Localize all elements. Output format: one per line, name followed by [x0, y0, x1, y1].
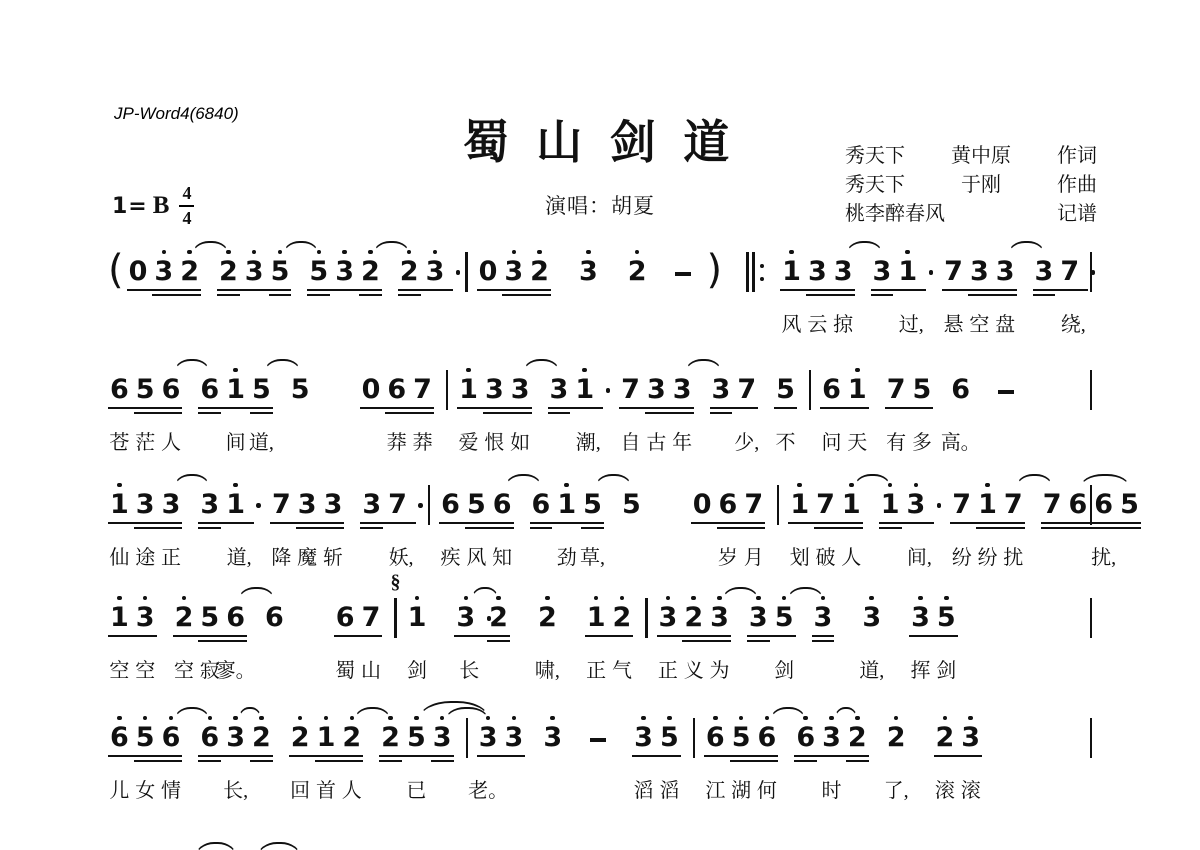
- beam-line: [812, 640, 835, 642]
- barline: [446, 370, 448, 410]
- lyric-syllable: 年: [672, 426, 692, 455]
- note-digit: 7: [952, 489, 971, 520]
- beam-line: [747, 640, 770, 642]
- lyric-syllable: 时: [822, 774, 842, 803]
- note-digit: 2: [291, 722, 310, 753]
- note-token: 3间,: [905, 479, 935, 579]
- octave-dot-empty: [744, 479, 763, 489]
- note-token: 2义: [682, 592, 705, 692]
- note-token: 3长,: [224, 712, 247, 812]
- note-token: 3: [424, 246, 454, 346]
- barline: [465, 252, 467, 292]
- note-token: 3挥: [909, 592, 932, 692]
- note-token: 3魔: [296, 479, 319, 579]
- note-token: 6: [530, 479, 553, 579]
- note-digit: 6: [110, 722, 129, 753]
- note-digit: 6: [1094, 489, 1113, 520]
- octave-dot-empty: [272, 479, 291, 489]
- note-digit: 1: [575, 374, 594, 405]
- note-token: 2: [846, 712, 869, 812]
- lyric-syllable: 滚: [961, 774, 981, 803]
- beam-line: [224, 522, 254, 524]
- note-token: 1爱: [457, 364, 480, 464]
- beam-line: [198, 412, 221, 414]
- note-digit: 6: [706, 722, 725, 753]
- beam-line: [250, 755, 273, 757]
- octave-dot: [660, 712, 679, 722]
- octave-dot: [628, 246, 647, 256]
- note-token: 7莽: [411, 364, 434, 464]
- octave-dot-empty: [362, 592, 381, 602]
- note-digit: 5: [660, 722, 679, 753]
- note-token: 7月: [742, 479, 765, 579]
- note-digit: 2: [887, 722, 906, 753]
- lyric-syllable: 恨: [484, 426, 504, 455]
- lyric-syllable: 风: [782, 308, 802, 337]
- note-digit: 6: [162, 374, 181, 405]
- note-token: 3掠: [832, 246, 855, 346]
- lyric-syllable: 扰,: [1091, 541, 1116, 570]
- note-token: 6岁: [717, 479, 740, 579]
- note-digit: 1: [459, 374, 478, 405]
- octave-dot-empty: [298, 479, 317, 489]
- beam-line: [832, 294, 855, 296]
- note-token: 3古: [645, 364, 668, 464]
- beam-line: [879, 527, 902, 529]
- note-digit: 3: [433, 722, 452, 753]
- note-token: 1剑: [406, 592, 429, 692]
- lyric-syllable: 剑: [774, 654, 794, 683]
- beam-line: [491, 527, 514, 529]
- lyric-syllable: 如: [510, 426, 530, 455]
- note-digit: 1: [898, 256, 917, 287]
- lyric-syllable: 破: [816, 541, 836, 570]
- note-token: 3正: [657, 592, 680, 692]
- augmentation-dot: [937, 503, 942, 508]
- note-token: 5草,: [581, 479, 604, 579]
- note-digit: 1: [317, 722, 336, 753]
- note-digit: 7: [1060, 256, 1079, 287]
- lyric-syllable: 绕,: [1061, 308, 1086, 337]
- tie-arc: [238, 587, 275, 601]
- beam-line: [671, 407, 694, 409]
- lyric-syllable: 滚: [935, 774, 955, 803]
- dash-note: [998, 390, 1014, 394]
- note-token: 3斩: [322, 479, 345, 579]
- octave-dot: [706, 712, 725, 722]
- note-token: 6高。: [949, 364, 972, 464]
- beam-line: [1058, 289, 1088, 291]
- octave-dot-empty: [887, 364, 906, 374]
- octave-dot: [317, 712, 336, 722]
- octave-dot-empty: [129, 246, 148, 256]
- octave-dot: [575, 364, 594, 374]
- note-digit: 3: [550, 374, 569, 405]
- lyric-syllable: 道,: [249, 426, 274, 455]
- note-digit: 2: [530, 256, 549, 287]
- octave-dot-empty: [136, 364, 155, 374]
- note-digit: 7: [744, 489, 763, 520]
- octave-dot-empty: [944, 246, 963, 256]
- note-token: 5剑: [773, 592, 796, 692]
- note-digit: 2: [381, 722, 400, 753]
- note-digit: 5: [271, 256, 290, 287]
- lyric-syllable: 人: [161, 426, 181, 455]
- octave-dot: [978, 479, 997, 489]
- octave-dot: [684, 592, 703, 602]
- beam-line: [160, 755, 183, 757]
- note-digit: 1: [110, 489, 129, 520]
- beam-line: [756, 755, 779, 757]
- lyric-syllable: 剑: [407, 654, 427, 683]
- credit-row: 桃李醉春风记谱: [845, 200, 1097, 229]
- lyric-syllable: 义: [684, 654, 704, 683]
- tie-arc: [523, 359, 560, 373]
- beam-line: [774, 407, 797, 409]
- note-token: 0: [127, 246, 150, 346]
- tie-arc: [787, 587, 824, 601]
- note-digit: 2: [489, 602, 508, 633]
- octave-dot-empty: [485, 364, 504, 374]
- note-token: 5女: [134, 712, 157, 812]
- beam-line: [611, 635, 634, 637]
- octave-dot: [110, 592, 129, 602]
- note-digit: 1: [408, 602, 427, 633]
- lyric-syllable: 间,: [907, 541, 932, 570]
- beam-line: [340, 755, 363, 757]
- beam-line: [573, 407, 603, 409]
- lyric-syllable: 江: [705, 774, 725, 803]
- credit-row: 秀天下黄中原作词: [845, 142, 1097, 171]
- note-digit: 6: [336, 602, 355, 633]
- lyric-syllable: 岁: [718, 541, 738, 570]
- barline-with-segno: §: [394, 598, 396, 638]
- note-digit: 3: [479, 722, 498, 753]
- note-digit: 1: [790, 489, 809, 520]
- lyric-syllable: 问: [822, 426, 842, 455]
- tie-arc: [373, 241, 410, 255]
- note-token: 3: [1033, 246, 1056, 346]
- note-digit: 3: [911, 602, 930, 633]
- note-token: 6人: [160, 364, 183, 464]
- note-digit: 3: [226, 722, 245, 753]
- note-token: 0: [477, 246, 500, 346]
- augmentation-dot: [256, 503, 261, 508]
- sheet-music-page: JP-Word4(6840) 蜀 山 剑 道 演唱：胡夏 1= B 4 4 秀天…: [0, 0, 1200, 850]
- note-digit: 3: [136, 602, 155, 633]
- lyric-syllable: 月: [744, 541, 764, 570]
- lyric-syllable: 爱: [459, 426, 479, 455]
- octave-dot: [887, 712, 906, 722]
- octave-dot: [136, 712, 155, 722]
- note-token: 1风: [780, 246, 803, 346]
- beam-line: [710, 412, 733, 414]
- note-token: 3: [871, 246, 894, 346]
- note-token: 2: [178, 246, 201, 346]
- octave-dot: [579, 246, 598, 256]
- tie-arc: [685, 359, 722, 373]
- beam-line: [1118, 527, 1141, 529]
- lyric-syllable: 莽: [413, 426, 433, 455]
- note-token: 3为: [708, 592, 731, 692]
- beam-line: [708, 635, 731, 637]
- octave-dot: [659, 592, 678, 602]
- note-token: 3: [333, 246, 356, 346]
- note-token: 3途: [134, 479, 157, 579]
- lyric-syllable: 划: [790, 541, 810, 570]
- note-digit: 3: [511, 374, 530, 405]
- note-digit: 7: [388, 489, 407, 520]
- note-digit: 5: [583, 489, 602, 520]
- note-token: 2人: [340, 712, 363, 812]
- tie-arc: [1080, 474, 1130, 488]
- octave-dot-empty: [719, 479, 738, 489]
- note-digit: 3: [579, 256, 598, 287]
- note-digit: 3: [162, 489, 181, 520]
- note-token: 5道,: [250, 364, 273, 464]
- lyric-syllable: 正: [658, 654, 678, 683]
- note-token: 2: [487, 592, 510, 692]
- note-token: 3滚: [959, 712, 982, 812]
- beam-line: [224, 640, 247, 642]
- note-digit: 3: [335, 256, 354, 287]
- note-token: 2: [250, 712, 273, 812]
- octave-dot-empty: [952, 479, 971, 489]
- lyric-syllable: 空: [969, 308, 989, 337]
- note-token: 6蜀: [334, 592, 357, 692]
- beam-line: [896, 289, 926, 291]
- lyric-syllable: 妖,: [389, 541, 414, 570]
- credit-text: 秀天下: [845, 171, 905, 200]
- octave-dot-empty: [441, 479, 460, 489]
- note-digit: 3: [710, 602, 729, 633]
- beam-line: [411, 412, 434, 414]
- lyric-syllable: 人: [342, 774, 362, 803]
- note-token: 6江: [704, 712, 727, 812]
- beam-line: [424, 289, 454, 291]
- lyric-syllable: 已: [406, 774, 426, 803]
- tie-arc: [192, 241, 229, 255]
- lyric-syllable: 长,: [223, 774, 248, 803]
- note-token: 2气: [611, 592, 634, 692]
- octave-dot-empty: [362, 479, 381, 489]
- note-token: 7绕,: [1058, 246, 1088, 346]
- note-digit: 3: [200, 489, 219, 520]
- lyric-syllable: 降: [271, 541, 291, 570]
- lyric-syllable: 劲: [557, 541, 577, 570]
- note-token: 1天: [846, 364, 869, 464]
- note-digit: 7: [1043, 489, 1062, 520]
- beam-line: [322, 522, 345, 524]
- note-digit: 3: [970, 256, 989, 287]
- note-token: 0: [691, 479, 714, 579]
- note-token: 2: [217, 246, 240, 346]
- lyric-syllable: 山: [361, 654, 381, 683]
- tie-arc: [354, 707, 391, 721]
- octave-dot: [136, 592, 155, 602]
- octave-dot-empty: [324, 479, 343, 489]
- octave-dot: [505, 712, 524, 722]
- note-token: 2: [528, 246, 551, 346]
- beam-line: [1002, 527, 1025, 529]
- note-token: 5不: [774, 364, 797, 464]
- note-token: 3: [541, 712, 564, 812]
- credit-text: 作曲: [1057, 171, 1097, 200]
- beam-line: [528, 289, 551, 291]
- note-digit: 3: [362, 489, 381, 520]
- note-digit: 5: [937, 602, 956, 633]
- barline-end: [1090, 718, 1092, 758]
- note-digit: 0: [693, 489, 712, 520]
- barline: [645, 598, 647, 638]
- lyric-syllable: 茫: [135, 426, 155, 455]
- note-token: 2: [379, 712, 402, 812]
- note-token: 1正: [585, 592, 608, 692]
- note-token: 6知: [491, 479, 514, 579]
- note-token: 3: [747, 592, 770, 692]
- beam-line: [269, 294, 292, 296]
- octave-dot-empty: [693, 479, 712, 489]
- note-token: 3空: [968, 246, 991, 346]
- note-digit: 3: [1035, 256, 1054, 287]
- beam-line: [224, 635, 247, 637]
- tie-arc: [1008, 241, 1045, 255]
- note-digit: 2: [342, 722, 361, 753]
- beam-line: [742, 527, 765, 529]
- note-token: 3道,: [860, 592, 883, 692]
- note-token: 3如: [509, 364, 532, 464]
- note-digit: 7: [887, 374, 906, 405]
- note-digit: 6: [226, 602, 245, 633]
- note-token: 7自: [619, 364, 642, 464]
- augmentation-dot: [606, 388, 611, 393]
- octave-dot: [226, 364, 245, 374]
- note-digit: 3: [485, 374, 504, 405]
- note-token: 5: [1118, 479, 1141, 579]
- octave-dot-empty: [808, 246, 827, 256]
- note-token: 1道,: [224, 479, 254, 579]
- note-digit: 3: [712, 374, 731, 405]
- octave-dot: [782, 246, 801, 256]
- note-digit: 7: [944, 256, 963, 287]
- note-token: 3滔: [632, 712, 655, 812]
- lyric-syllable: 正: [586, 654, 606, 683]
- lyric-syllable: 苍: [109, 426, 129, 455]
- beam-line: [431, 755, 454, 757]
- note-digit: 7: [272, 489, 291, 520]
- octave-dot: [543, 712, 562, 722]
- note-digit: 2: [219, 256, 238, 287]
- note-token: 3恨: [483, 364, 506, 464]
- note-digit: 1: [226, 374, 245, 405]
- note-digit: 2: [936, 722, 955, 753]
- note-token: 5茫: [134, 364, 157, 464]
- note-digit: 6: [162, 722, 181, 753]
- note-token: 7: [1041, 479, 1064, 579]
- note-digit: 3: [324, 489, 343, 520]
- octave-dot-empty: [822, 364, 841, 374]
- note-digit: 3: [136, 489, 155, 520]
- dash-note: [675, 272, 691, 276]
- octave-dot: [504, 246, 523, 256]
- note-token: 3: [502, 246, 525, 346]
- tie-arc-partial: [195, 842, 237, 850]
- beam-line: [360, 527, 383, 529]
- music-line-1: (0322355322303232)1风3云3掠31过,7悬3空3盘37绕,: [108, 246, 1092, 356]
- tie-arc: [834, 707, 858, 721]
- lyric-syllable: 不: [776, 426, 796, 455]
- note-digit: 2: [361, 256, 380, 287]
- note-digit: 5: [776, 374, 795, 405]
- octave-dot-empty: [970, 246, 989, 256]
- lyric-syllable: 古: [646, 426, 666, 455]
- octave-dot: [790, 479, 809, 489]
- note-digit: 0: [129, 256, 148, 287]
- octave-dot: [936, 712, 955, 722]
- beam-line: [846, 407, 869, 409]
- note-digit: 6: [758, 722, 777, 753]
- note-token: 3: [198, 479, 221, 579]
- lyric-syllable: 多: [912, 426, 932, 455]
- octave-dot: [408, 592, 427, 602]
- note-token: 5: [289, 364, 312, 464]
- octave-dot: [613, 592, 632, 602]
- beam-line: [840, 527, 863, 529]
- barline-end: [1090, 252, 1092, 292]
- note-token: 6问: [820, 364, 843, 464]
- beam-line: [360, 635, 383, 637]
- octave-dot: [634, 712, 653, 722]
- tie-arc: [174, 707, 210, 721]
- meter-numerator: 4: [179, 183, 194, 207]
- lyric-syllable: 有: [886, 426, 906, 455]
- note-digit: 3: [873, 256, 892, 287]
- octave-dot: [335, 246, 354, 256]
- repeat-begin-sign: [746, 252, 764, 292]
- note-digit: 3: [996, 256, 1015, 287]
- note-token: 3: [548, 364, 571, 464]
- note-token: 5: [307, 246, 330, 346]
- note-digit: 3: [814, 602, 833, 633]
- meter-denominator: 4: [179, 208, 194, 229]
- note-digit: 5: [622, 489, 641, 520]
- lyric-syllable: 人: [841, 541, 861, 570]
- beam-line: [178, 289, 201, 291]
- beam-line: [846, 760, 869, 762]
- lyric-syllable: 风: [466, 541, 486, 570]
- beam-line: [708, 640, 731, 642]
- beam-line: [250, 412, 273, 414]
- note-digit: 1: [842, 489, 861, 520]
- note-token: 7山: [360, 592, 383, 692]
- lyric-syllable: 草,: [580, 541, 605, 570]
- lyric-syllable: 滔: [659, 774, 679, 803]
- octave-dot-empty: [387, 364, 406, 374]
- lyric-syllable: 自: [621, 426, 641, 455]
- lyric-syllable: 挥: [911, 654, 931, 683]
- octave-dot-empty: [621, 364, 640, 374]
- octave-dot: [110, 479, 129, 489]
- lyric-syllable: 湖: [731, 774, 751, 803]
- lyric-syllable: 为: [710, 654, 730, 683]
- beam-line: [581, 522, 604, 524]
- octave-dot: [175, 592, 194, 602]
- beam-line: [658, 755, 681, 757]
- note-digit: 3: [822, 722, 841, 753]
- beam-line: [250, 407, 273, 409]
- note-token: 3: [152, 246, 175, 346]
- music-line-4: 1空3空2空5寂6寥。66蜀7山§1剑3长22啸,1正2气3正2义3为35剑33…: [108, 592, 1092, 702]
